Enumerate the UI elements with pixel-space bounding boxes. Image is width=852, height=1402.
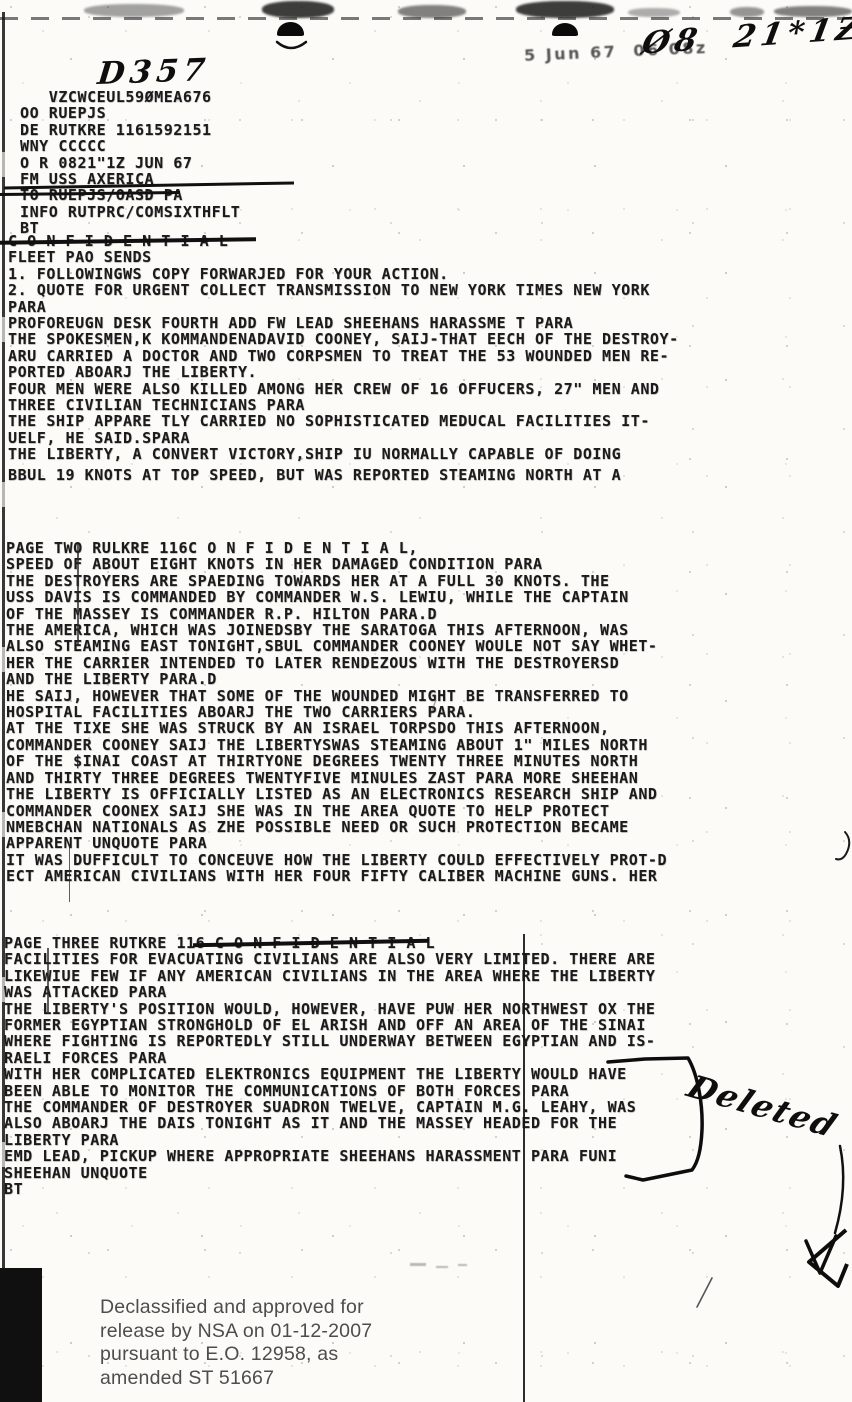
scan-edge-noise: [398, 5, 466, 18]
document-line: USS DAVIS IS COMMANDED BY COMMANDER W.S.…: [6, 589, 667, 605]
scan-edge-noise: [730, 7, 764, 17]
scanned-document-page: { "document": { "handwritten_top_left": …: [0, 0, 852, 1402]
document-line: WAS ATTACKED PARA: [4, 984, 656, 1000]
document-line: ALSO STEAMING EAST TONIGHT,SBUL COMMANDE…: [6, 638, 667, 654]
document-line: VZCWCEUL59ØMEA676: [20, 89, 240, 105]
document-line: OF THE $INAI COAST AT THIRTYONE DEGREES …: [6, 753, 667, 769]
document-line: AND THIRTY THREE DEGREES TWENTYFIVE MINU…: [6, 770, 667, 786]
fold-crease-line: [69, 846, 70, 902]
document-line: ALSO ABOARJ THE DAIS TONIGHT AS IT AND T…: [4, 1115, 656, 1131]
declassification-stamp: Declassified and approved forrelease by …: [100, 1296, 372, 1390]
page-fold-corner: [809, 1230, 847, 1286]
document-line: FACILITIES FOR EVACUATING CIVILIANS ARE …: [4, 951, 656, 967]
document-line: AND THE LIBERTY PARA.D: [6, 671, 667, 687]
document-line: SHEEHAN UNQUOTE: [4, 1165, 656, 1181]
page3-text-block: PAGE THREE RUTKRE 116 C O N F I D E N T …: [4, 935, 656, 1198]
document-line: COMMANDER COONEY SAIJ THE LIBERTYSWAS ST…: [6, 737, 667, 753]
document-line: NMEBCHAN NATIONALS AS ZHE POSSIBLE NEED …: [6, 819, 667, 835]
checkmark: [806, 1236, 836, 1273]
document-line: INFO RUTPRC/COMSIXTHFLT: [20, 204, 240, 220]
document-line: PORTED ABOARJ THE LIBERTY.: [8, 364, 679, 380]
handwritten-document-number: D357: [96, 52, 212, 92]
document-line: IT WAS DUFFICULT TO CONCEUVE HOW THE LIB…: [6, 852, 667, 868]
document-line: HE SAIJ, HOWEVER THAT SOME OF THE WOUNDE…: [6, 688, 667, 704]
document-line: BEEN ABLE TO MONITOR THE COMMUNICATIONS …: [4, 1083, 656, 1099]
document-line: THE AMERICA, WHICH WAS JOINEDSBY THE SAR…: [6, 622, 667, 638]
document-line: THE SPOKESMEN,K KOMMANDENADAVID COONEY, …: [8, 331, 679, 347]
scan-edge-noise: [262, 1, 334, 18]
document-line: 2. QUOTE FOR URGENT COLLECT TRANSMISSION…: [8, 282, 679, 298]
message-header-block: VZCWCEUL59ØMEA676OO RUEPJSDE RUTKRE 1161…: [20, 89, 240, 237]
document-line: THREE CIVILIAN TECHNICIANS PARA: [8, 397, 679, 413]
fold-crease-line: [523, 934, 525, 1402]
document-line: PROFOREUGN DESK FOURTH ADD FW LEAD SHEEH…: [8, 315, 679, 331]
document-line: DE RUTKRE 1161592151: [20, 122, 240, 138]
hole-punch-mark: [552, 23, 578, 36]
document-line: amended ST 51667: [100, 1367, 372, 1391]
fold-crease-line: [47, 948, 49, 1012]
document-line: WITH HER COMPLICATED ELEKTRONICS EQUIPME…: [4, 1066, 656, 1082]
hole-punch-mark: [277, 22, 304, 36]
document-line: OO RUEPJS: [20, 105, 240, 121]
document-line: pursuant to E.O. 12958, as: [100, 1343, 372, 1367]
document-line: RAELI FORCES PARA: [4, 1050, 656, 1066]
document-line: 1. FOLLOWINGWS COPY FORWARJED FOR YOUR A…: [8, 266, 679, 282]
document-line: LIKEWIUE FEW IF ANY AMERICAN CIVILIANS I…: [4, 968, 656, 984]
document-line: COMMANDER COONEX SAIJ SHE WAS IN THE ARE…: [6, 803, 667, 819]
deleted-annotation: Deleted: [681, 1068, 844, 1145]
document-line: EMD LEAD, PICKUP WHERE APPROPRIATE SHEEH…: [4, 1148, 656, 1164]
smudge-mark: [410, 1263, 426, 1266]
document-line: TO RUEPJS/OASD PA: [20, 187, 240, 203]
fold-crease-line: [77, 544, 79, 646]
document-line: Declassified and approved for: [100, 1296, 372, 1320]
page1-text-block: C O N F I D E N T I A LFLEET PAO SENDS1.…: [8, 233, 679, 463]
hole-punch-arc: [277, 42, 306, 48]
slash-mark: [697, 1278, 712, 1307]
document-line: FLEET PAO SENDS: [8, 249, 679, 265]
document-line: SPEED OF ABOUT EIGHT KNOTS IN HER DAMAGE…: [6, 556, 667, 572]
document-line: ECT AMERICAN CIVILIANS WITH HER FOUR FIF…: [6, 868, 667, 884]
document-line: THE COMMANDER OF DESTROYER SUADRON TWELV…: [4, 1099, 656, 1115]
document-line: LIBERTY PARA: [4, 1132, 656, 1148]
document-line: PARA: [8, 299, 679, 315]
document-line: OF THE MASSEY IS COMMANDER R.P. HILTON P…: [6, 606, 667, 622]
document-line: APPARENT UNQUOTE PARA: [6, 835, 667, 851]
scan-edge-noise: [628, 8, 680, 17]
document-line: AT THE TIXE SHE WAS STRUCK BY AN ISRAEL …: [6, 720, 667, 736]
pen-hook-mark: [836, 832, 849, 859]
document-line: THE LIBERTY IS OFFICIALLY LISTED AS AN E…: [6, 786, 667, 802]
document-line: BT: [4, 1181, 656, 1197]
document-line: HER THE CARRIER INTENDED TO LATER RENDEZ…: [6, 655, 667, 671]
document-line: THE SHIP APPARE TLY CARRIED NO SOPHISTIC…: [8, 413, 679, 429]
document-line: release by NSA on 01-12-2007: [100, 1320, 372, 1344]
page2-text-block: PAGE TWO RULKRE 116C O N F I D E N T I A…: [6, 540, 667, 885]
document-line: O R 0821"1Z JUN 67: [20, 155, 240, 171]
scan-edge-noise: [84, 4, 184, 17]
document-line: THE DESTROYERS ARE SPAEDING TOWARDS HER …: [6, 573, 667, 589]
document-line: FORMER EGYPTIAN STRONGHOLD OF EL ARISH A…: [4, 1017, 656, 1033]
page1-overflow-line: BBUL 19 KNOTS AT TOP SPEED, BUT WAS REPO…: [8, 467, 621, 483]
scan-edge-noise: [516, 1, 614, 18]
page-fold-line: [835, 1146, 843, 1233]
document-line: PAGE TWO RULKRE 116C O N F I D E N T I A…: [6, 540, 667, 556]
redaction-bar: [0, 1268, 42, 1402]
document-line: HOSPITAL FACILITIES ABOARJ THE TWO CARRI…: [6, 704, 667, 720]
document-line: THE LIBERTY, A CONVERT VICTORY,SHIP IU N…: [8, 446, 679, 462]
document-line: WNY CCCCC: [20, 138, 240, 154]
document-line: ARU CARRIED A DOCTOR AND TWO CORPSMEN TO…: [8, 348, 679, 364]
document-line: UELF, HE SAID.SPARA: [8, 430, 679, 446]
smudge-mark: [436, 1266, 448, 1268]
document-line: WHERE FIGHTING IS REPORTEDLY STILL UNDER…: [4, 1033, 656, 1049]
document-line: THE LIBERTY'S POSITION WOULD, HOWEVER, H…: [4, 1001, 656, 1017]
document-line: FOUR MEN WERE ALSO KILLED AMONG HER CREW…: [8, 381, 679, 397]
document-line: BBUL 19 KNOTS AT TOP SPEED, BUT WAS REPO…: [8, 466, 621, 484]
smudge-mark: [458, 1264, 467, 1266]
